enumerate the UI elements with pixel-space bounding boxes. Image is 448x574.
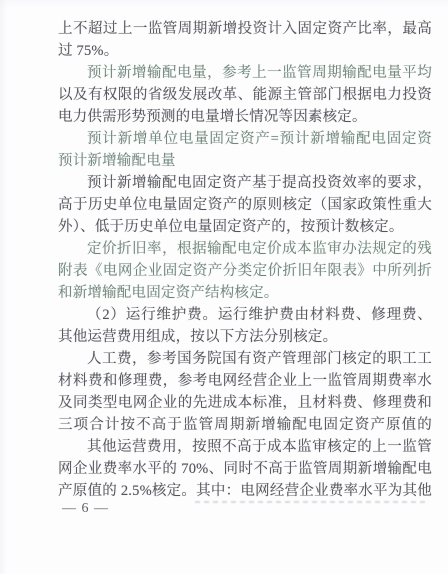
text-line: 预计新增输配电量: [58, 150, 432, 172]
text-line: 定价折旧率，根据输配电定价成本监审办法规定的残值率、: [58, 238, 432, 260]
text-line: 人工费，参考国务院国有资产管理部门核定的职工工资总额；: [58, 348, 432, 370]
document-body: 上不超过上一监管周期新增投资计入固定资产比率，最高不得超过 75%。预计新增输配…: [58, 18, 432, 502]
text-line: 和新增输配电固定资产结构核定。: [58, 282, 432, 304]
text-line: 高于历史单位电量固定资产的原则核定（国家政策性重大投资除: [58, 194, 432, 216]
text-line: 以及有权限的省级发展改革、能源主管部门根据电力投资增长和: [58, 84, 432, 106]
text-line: （2）运行维护费。运行维护费由材料费、修理费、人工费、: [58, 304, 432, 326]
text-line: 过 75%。: [58, 40, 432, 62]
text-line: 上不超过上一监管周期新增投资计入固定资产比率，最高不得超: [58, 18, 432, 40]
text-line: 三项合计按不高于监管周期新增输配电固定资产原值的 2%核定。: [58, 414, 432, 436]
text-line: 外）、低于历史单位电量固定资产的，按预计数核定。: [58, 216, 432, 238]
text-line: 预计新增单位电量固定资产=预计新增输配电固定资产原值÷: [58, 128, 432, 150]
text-line: 预计新增输配电固定资产基于提高投资效率的要求，按照不: [58, 172, 432, 194]
text-line: 其他运营费用，按照不高于成本监审核定的上一监管周期电: [58, 436, 432, 458]
text-line: 产原值的 2.5%核定。其中：电网经营企业费率水平为其他运营费: [58, 480, 432, 502]
text-line: 及同类型电网企业的先进成本标准，且材料费、修理费和人工费: [58, 392, 432, 414]
text-line: 材料费和修理费，参考电网经营企业上一监管周期费率水平，以: [58, 370, 432, 392]
page-number: — 6 —: [62, 499, 109, 519]
text-line: 电力供需形势预测的电量增长情况等因素核定。: [58, 106, 432, 128]
document-page: 上不超过上一监管周期新增投资计入固定资产比率，最高不得超过 75%。预计新增输配…: [0, 0, 448, 574]
text-line: 附表《电网企业固定资产分类定价折旧年限表》中所列折旧年限: [58, 260, 432, 282]
text-line: 网企业费率水平的 70%、同时不高于监管周期新增输配电固定资: [58, 458, 432, 480]
text-line: 预计新增输配电量，参考上一监管周期输配电量平均增速、: [58, 62, 432, 84]
text-line: 其他运营费用组成，按以下方法分别核定。: [58, 326, 432, 348]
